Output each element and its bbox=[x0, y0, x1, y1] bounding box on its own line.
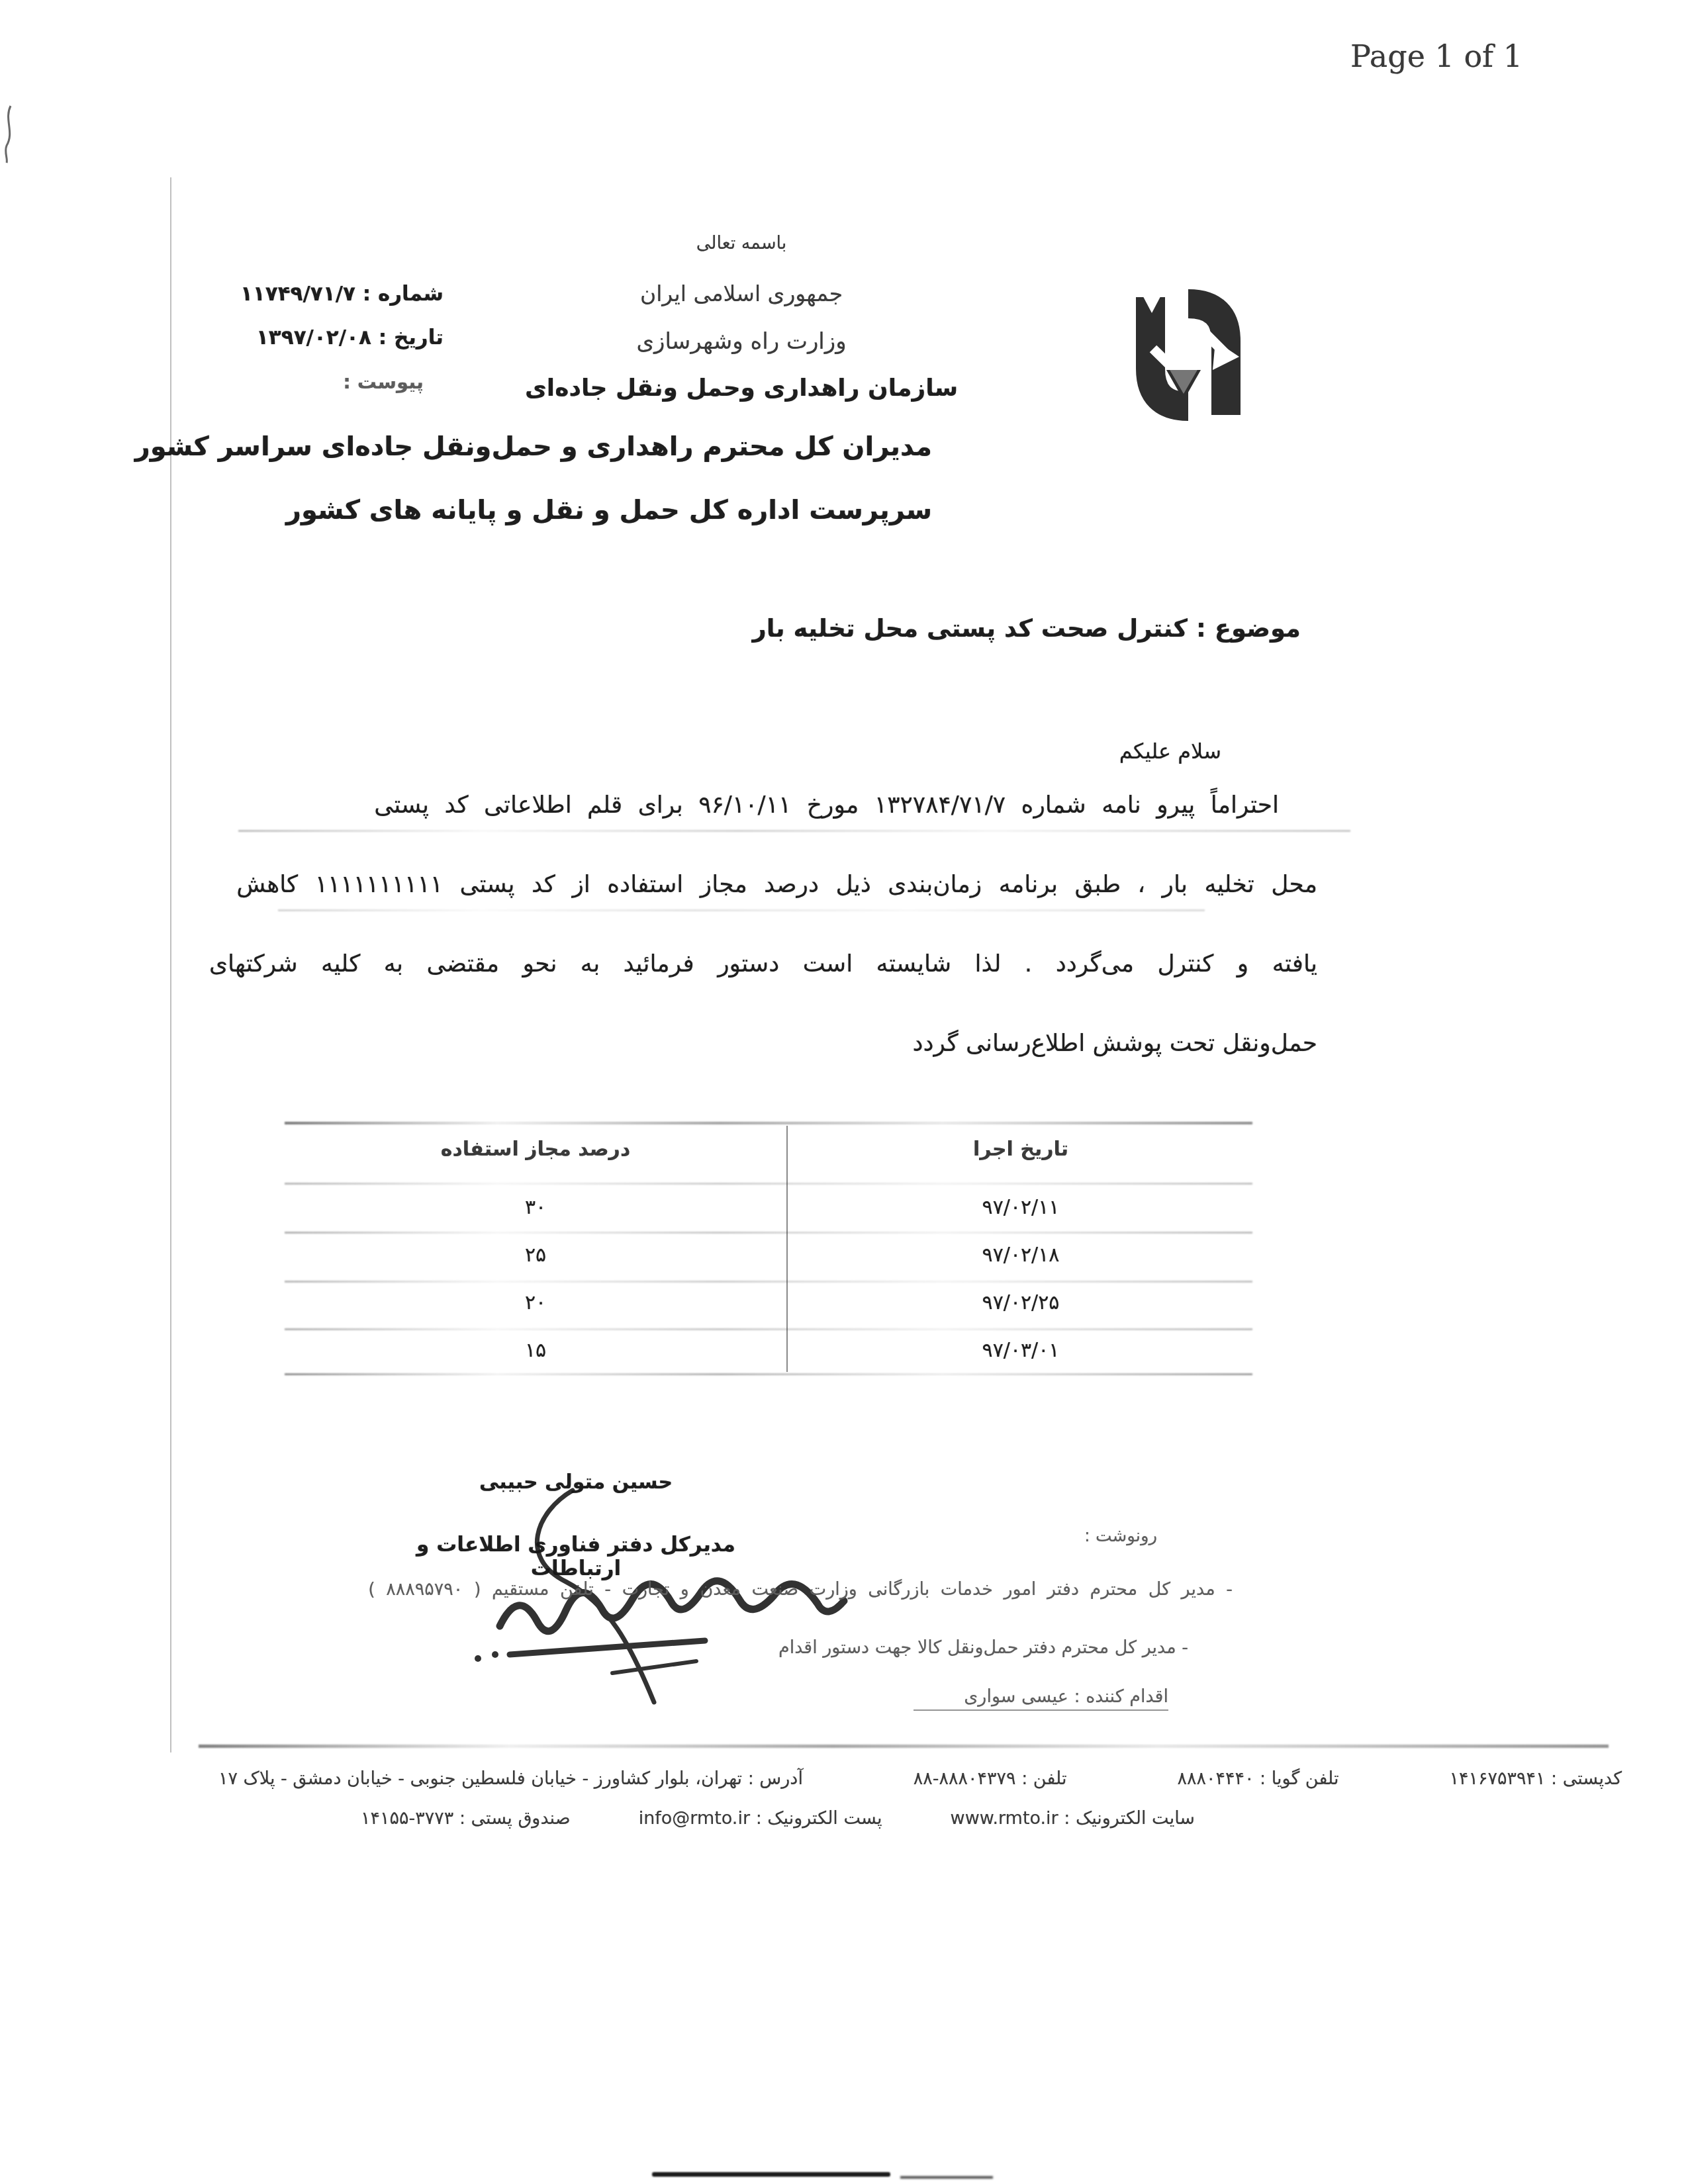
scanned-letter-page: Page 1 of 1 باسمه تعالی جمهوری اسلامی ای… bbox=[0, 0, 1688, 2184]
letterhead-country: جمهوری اسلامی ایران bbox=[549, 281, 933, 306]
cc-actor: اقدام کننده : عیسی سواری bbox=[914, 1686, 1168, 1711]
table-row-line bbox=[285, 1183, 1252, 1185]
attachment-label: پیوست : bbox=[263, 371, 424, 393]
footer-postal-code: کدپستی : ۱۴۱۶۷۵۳۹۴۱ bbox=[1449, 1768, 1622, 1789]
table-cell-percent-2: ۲۰ bbox=[285, 1291, 786, 1314]
table-cell-percent-3: ۱۵ bbox=[285, 1339, 786, 1362]
letterhead-ministry: وزارت راه وشهرسازی bbox=[549, 328, 933, 355]
footer-mailbox: صندوق پستی : ۳۷۷۳-۱۴۱۵۵ bbox=[361, 1808, 571, 1829]
ref-number-line: شماره : ۱۱۷۴۹/۷۱/۷ bbox=[263, 282, 444, 306]
table-column-divider bbox=[786, 1126, 788, 1372]
cc-item-1: - مدیر کل محترم دفتر امور خدمات بازرگانی… bbox=[305, 1579, 1233, 1600]
footer-divider bbox=[199, 1745, 1609, 1748]
page-edge-line bbox=[170, 177, 171, 1752]
table-border-bottom bbox=[285, 1373, 1252, 1375]
table-cell-date-2: ۹۷/۰۲/۲۵ bbox=[789, 1291, 1252, 1314]
scan-streak bbox=[278, 909, 1205, 911]
body-line-1: احتراماً پیرو نامه شماره ۱۳۲۷۸۴/۷۱/۷ مور… bbox=[232, 792, 1317, 819]
body-line-4: حمل‌ونقل تحت پوشش اطلاع‌رسانی گردد bbox=[232, 1030, 1317, 1057]
recipient-line-2: سرپرست اداره کل حمل و نقل و پایانه های ک… bbox=[369, 495, 932, 525]
letterhead-bismillah: باسمه تعالی bbox=[549, 233, 933, 253]
subject-line: موضوع : کنترل صحت کد پستی محل تخلیه بار bbox=[731, 614, 1301, 643]
table-row-line bbox=[285, 1328, 1252, 1330]
cc-item-2: - مدیر کل محترم دفتر حمل‌ونقل کالا جهت د… bbox=[725, 1637, 1188, 1658]
salutation: سلام علیکم bbox=[1056, 739, 1221, 764]
body-line-3: یافته و کنترل می‌گردد . لذا شایسته است د… bbox=[232, 950, 1317, 978]
table-cell-date-1: ۹۷/۰۲/۱۸ bbox=[789, 1244, 1252, 1267]
table-cell-percent-0: ۳۰ bbox=[285, 1196, 786, 1219]
cc-label: رونوشت : bbox=[1025, 1526, 1157, 1546]
recipient-line-1: مدیران کل محترم راهداری و حمل‌ونقل جاده‌… bbox=[369, 432, 932, 462]
table-border-top bbox=[285, 1122, 1252, 1124]
footer-voice-phone: تلفن گویا : ۸۸۸۰۴۴۴۰ bbox=[1177, 1768, 1338, 1789]
table-header-percent: درصد مجاز استفاده bbox=[285, 1138, 786, 1161]
scan-streak bbox=[238, 830, 1350, 832]
footer-phone: تلفن : ۸۸۸۰۴۳۷۹-۸۸ bbox=[914, 1768, 1067, 1789]
scan-edge-artifact bbox=[1, 105, 19, 164]
ref-date-line: تاریخ : ۱۳۹۷/۰۲/۰۸ bbox=[263, 326, 444, 349]
table-row-line bbox=[285, 1281, 1252, 1283]
table-cell-date-0: ۹۷/۰۲/۱۱ bbox=[789, 1196, 1252, 1219]
table-cell-percent-1: ۲۵ bbox=[285, 1244, 786, 1267]
table-header-date: تاریخ اجرا bbox=[789, 1138, 1252, 1161]
table-row-line bbox=[285, 1232, 1252, 1234]
scan-bottom-smudge-2 bbox=[900, 2176, 993, 2179]
letterhead-organization: سازمان راهداری وحمل ونقل جاده‌ای bbox=[523, 375, 960, 402]
footer-line-2: صندوق پستی : ۳۷۷۳-۱۴۱۵۵ پست الکترونیک : … bbox=[361, 1808, 1195, 1829]
footer-email: پست الکترونیک : info@rmto.ir bbox=[639, 1808, 882, 1829]
scan-bottom-smudge bbox=[652, 2172, 890, 2177]
ref-number-label: شماره : bbox=[363, 282, 444, 306]
page-label: Page 1 of 1 bbox=[1297, 38, 1523, 74]
table-cell-date-3: ۹۷/۰۳/۰۱ bbox=[789, 1339, 1252, 1362]
rmto-logo-icon bbox=[1125, 270, 1251, 437]
footer-website: سایت الکترونیک : www.rmto.ir bbox=[951, 1808, 1195, 1829]
footer-line-1: آدرس : تهران، بلوار کشاورز - خیابان فلسط… bbox=[218, 1768, 1622, 1789]
body-line-2: محل تخلیه بار ، طبق برنامه زمان‌بندی ذیل… bbox=[232, 871, 1317, 898]
usage-schedule-table: درصد مجاز استفاده تاریخ اجرا ۳۰ ۹۷/۰۲/۱۱… bbox=[285, 1122, 1252, 1377]
footer-address: آدرس : تهران، بلوار کشاورز - خیابان فلسط… bbox=[218, 1768, 803, 1789]
ref-date-label: تاریخ : bbox=[379, 326, 444, 349]
ref-date-value: ۱۳۹۷/۰۲/۰۸ bbox=[256, 326, 371, 349]
ref-number-value: ۱۱۷۴۹/۷۱/۷ bbox=[240, 282, 355, 306]
